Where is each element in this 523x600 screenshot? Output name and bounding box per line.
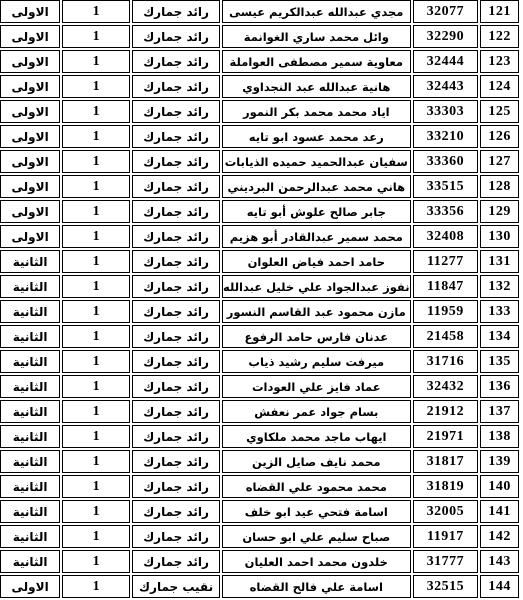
table-row: 143 31777 خلدون محمد احمد العليان رائد ج… [0,550,519,573]
row-number-cell: 128 [480,175,519,198]
document-sheet: 121 32077 مجدي عبدالله عبدالكريم عيسى را… [0,0,523,600]
row-number-cell: 124 [480,75,519,98]
officer-name-cell: مازن محمود عبد القاسم النسور [222,300,410,323]
rank-cell: رائد جمارك [132,500,220,523]
grade-cell: الثانية [0,300,60,323]
rank-cell: رائد جمارك [132,200,220,223]
table-row: 131 11277 حامد احمد فياض العلوان رائد جم… [0,250,519,273]
badge-number-cell: 11847 [413,275,479,298]
table-row: 127 33360 سفيان عبدالحميد حميده الذيابات… [0,150,519,173]
row-number-cell: 130 [480,225,519,248]
table-row: 123 32444 معاوية سمير مصطفى العواملة رائ… [0,50,519,73]
row-number-cell: 121 [480,0,519,23]
badge-number-cell: 33210 [413,125,479,148]
officer-name-cell: اياد محمد محمد بكر النمور [222,100,410,123]
table-row: 133 11959 مازن محمود عبد القاسم النسور ر… [0,300,519,323]
count-cell: 1 [62,250,130,273]
grade-cell: الثانية [0,475,60,498]
badge-number-cell: 11277 [413,250,479,273]
badge-number-cell: 32290 [413,25,479,48]
badge-number-cell: 11917 [413,525,479,548]
rank-cell: رائد جمارك [132,300,220,323]
rank-cell: رائد جمارك [132,225,220,248]
count-cell: 1 [62,425,130,448]
count-cell: 1 [62,175,130,198]
officer-name-cell: معاوية سمير مصطفى العواملة [222,50,410,73]
row-number-cell: 122 [480,25,519,48]
row-number-cell: 127 [480,150,519,173]
table-row: 130 32408 محمد سمير عبدالقادر أبو هزيم ر… [0,225,519,248]
grade-cell: الاولى [0,150,60,173]
officer-name-cell: حامد احمد فياض العلوان [222,250,410,273]
rank-cell: رائد جمارك [132,0,220,23]
grade-cell: الاولى [0,575,60,598]
officer-name-cell: محمد نايف صايل الزين [222,450,410,473]
grade-cell: الاولى [0,125,60,148]
rank-cell: رائد جمارك [132,100,220,123]
count-cell: 1 [62,350,130,373]
badge-number-cell: 21971 [413,425,479,448]
table-row: 129 33356 جابر صالح علوش أبو تايه رائد ج… [0,200,519,223]
count-cell: 1 [62,575,130,598]
grade-cell: الاولى [0,50,60,73]
officer-name-cell: اسامة علي فالح القضاه [222,575,410,598]
badge-number-cell: 33356 [413,200,479,223]
table-row: 142 11917 صباح سليم علي ابو حسان رائد جم… [0,525,519,548]
badge-number-cell: 11959 [413,300,479,323]
badge-number-cell: 31777 [413,550,479,573]
badge-number-cell: 32408 [413,225,479,248]
badge-number-cell: 33360 [413,150,479,173]
officer-name-cell: رعد محمد عسود ابو تايه [222,125,410,148]
officer-name-cell: جابر صالح علوش أبو تايه [222,200,410,223]
officers-table: 121 32077 مجدي عبدالله عبدالكريم عيسى را… [0,0,521,600]
badge-number-cell: 32444 [413,50,479,73]
row-number-cell: 134 [480,325,519,348]
count-cell: 1 [62,150,130,173]
count-cell: 1 [62,300,130,323]
grade-cell: الاولى [0,100,60,123]
grade-cell: الاولى [0,200,60,223]
row-number-cell: 125 [480,100,519,123]
rank-cell: رائد جمارك [132,450,220,473]
count-cell: 1 [62,0,130,23]
table-row: 132 11847 نفوز عبدالجواد علي خليل عبدالل… [0,275,519,298]
table-row: 126 33210 رعد محمد عسود ابو تايه رائد جم… [0,125,519,148]
row-number-cell: 137 [480,400,519,423]
table-row: 124 32443 هانية عبدالله عبد النجداوي رائ… [0,75,519,98]
table-row: 128 33515 هاني محمد عبدالرحمن البرديني ر… [0,175,519,198]
count-cell: 1 [62,325,130,348]
badge-number-cell: 32432 [413,375,479,398]
table-row: 122 32290 وائل محمد ساري الغوانمة رائد ج… [0,25,519,48]
officer-name-cell: اسامة فتحي عيد ابو خلف [222,500,410,523]
table-row: 140 31819 محمد محمود علي القضاه رائد جما… [0,475,519,498]
badge-number-cell: 32077 [413,0,479,23]
officer-name-cell: هاني محمد عبدالرحمن البرديني [222,175,410,198]
count-cell: 1 [62,375,130,398]
count-cell: 1 [62,125,130,148]
grade-cell: الثانية [0,500,60,523]
grade-cell: الثانية [0,350,60,373]
count-cell: 1 [62,550,130,573]
count-cell: 1 [62,475,130,498]
grade-cell: الثانية [0,425,60,448]
table-row: 136 32432 عماد فايز علي العودات رائد جما… [0,375,519,398]
count-cell: 1 [62,450,130,473]
row-number-cell: 126 [480,125,519,148]
count-cell: 1 [62,75,130,98]
rank-cell: رائد جمارك [132,375,220,398]
table-row: 141 32005 اسامة فتحي عيد ابو خلف رائد جم… [0,500,519,523]
badge-number-cell: 21458 [413,325,479,348]
grade-cell: الاولى [0,75,60,98]
officer-name-cell: محمد محمود علي القضاه [222,475,410,498]
grade-cell: الثانية [0,550,60,573]
rank-cell: رائد جمارك [132,425,220,448]
row-number-cell: 144 [480,575,519,598]
officer-name-cell: سفيان عبدالحميد حميده الذيابات [222,150,410,173]
row-number-cell: 143 [480,550,519,573]
rank-cell: رائد جمارك [132,250,220,273]
count-cell: 1 [62,400,130,423]
officer-name-cell: عدنان فارس حامد الرفوع [222,325,410,348]
officer-name-cell: مجدي عبدالله عبدالكريم عيسى [222,0,410,23]
table-row: 125 33303 اياد محمد محمد بكر النمور رائد… [0,100,519,123]
table-row: 138 21971 ايهاب ماجد محمد ملكاوي رائد جم… [0,425,519,448]
badge-number-cell: 32005 [413,500,479,523]
row-number-cell: 139 [480,450,519,473]
table-row: 135 31716 ميرفت سليم رشيد ذياب رائد جمار… [0,350,519,373]
rank-cell: رائد جمارك [132,50,220,73]
officer-name-cell: صباح سليم علي ابو حسان [222,525,410,548]
grade-cell: الاولى [0,225,60,248]
grade-cell: الثانية [0,250,60,273]
officer-name-cell: محمد سمير عبدالقادر أبو هزيم [222,225,410,248]
officer-name-cell: وائل محمد ساري الغوانمة [222,25,410,48]
count-cell: 1 [62,275,130,298]
rank-cell: رائد جمارك [132,75,220,98]
badge-number-cell: 31716 [413,350,479,373]
grade-cell: الثانية [0,275,60,298]
row-number-cell: 135 [480,350,519,373]
grade-cell: الاولى [0,175,60,198]
officer-name-cell: نفوز عبدالجواد علي خليل عبدالله [222,275,410,298]
badge-number-cell: 21912 [413,400,479,423]
badge-number-cell: 32443 [413,75,479,98]
row-number-cell: 123 [480,50,519,73]
grade-cell: الثانية [0,375,60,398]
officer-name-cell: خلدون محمد احمد العليان [222,550,410,573]
table-row: 137 21912 بسام جواد عمر نعفش رائد جمارك … [0,400,519,423]
grade-cell: الثانية [0,450,60,473]
count-cell: 1 [62,225,130,248]
row-number-cell: 129 [480,200,519,223]
row-number-cell: 132 [480,275,519,298]
grade-cell: الاولى [0,0,60,23]
table-row: 144 32515 اسامة علي فالح القضاه نقيب جما… [0,575,519,598]
rank-cell: رائد جمارك [132,150,220,173]
officer-name-cell: ايهاب ماجد محمد ملكاوي [222,425,410,448]
rank-cell: رائد جمارك [132,525,220,548]
row-number-cell: 140 [480,475,519,498]
badge-number-cell: 33515 [413,175,479,198]
rank-cell: رائد جمارك [132,400,220,423]
officer-name-cell: ميرفت سليم رشيد ذياب [222,350,410,373]
badge-number-cell: 31817 [413,450,479,473]
badge-number-cell: 32515 [413,575,479,598]
grade-cell: الثانية [0,400,60,423]
row-number-cell: 138 [480,425,519,448]
row-number-cell: 133 [480,300,519,323]
rank-cell: رائد جمارك [132,175,220,198]
row-number-cell: 136 [480,375,519,398]
grade-cell: الاولى [0,25,60,48]
table-row: 134 21458 عدنان فارس حامد الرفوع رائد جم… [0,325,519,348]
count-cell: 1 [62,525,130,548]
table-row: 121 32077 مجدي عبدالله عبدالكريم عيسى را… [0,0,519,23]
rank-cell: رائد جمارك [132,475,220,498]
row-number-cell: 142 [480,525,519,548]
badge-number-cell: 33303 [413,100,479,123]
officer-name-cell: هانية عبدالله عبد النجداوي [222,75,410,98]
grade-cell: الثانية [0,525,60,548]
officer-name-cell: عماد فايز علي العودات [222,375,410,398]
table-row: 139 31817 محمد نايف صايل الزين رائد جمار… [0,450,519,473]
row-number-cell: 141 [480,500,519,523]
officer-name-cell: بسام جواد عمر نعفش [222,400,410,423]
count-cell: 1 [62,50,130,73]
rank-cell: رائد جمارك [132,25,220,48]
rank-cell: رائد جمارك [132,350,220,373]
rank-cell: رائد جمارك [132,275,220,298]
rank-cell: رائد جمارك [132,325,220,348]
grade-cell: الثانية [0,325,60,348]
officers-table-body: 121 32077 مجدي عبدالله عبدالكريم عيسى را… [0,0,519,598]
rank-cell: رائد جمارك [132,550,220,573]
badge-number-cell: 31819 [413,475,479,498]
count-cell: 1 [62,500,130,523]
count-cell: 1 [62,25,130,48]
count-cell: 1 [62,200,130,223]
count-cell: 1 [62,100,130,123]
rank-cell: نقيب جمارك [132,575,220,598]
row-number-cell: 131 [480,250,519,273]
rank-cell: رائد جمارك [132,125,220,148]
